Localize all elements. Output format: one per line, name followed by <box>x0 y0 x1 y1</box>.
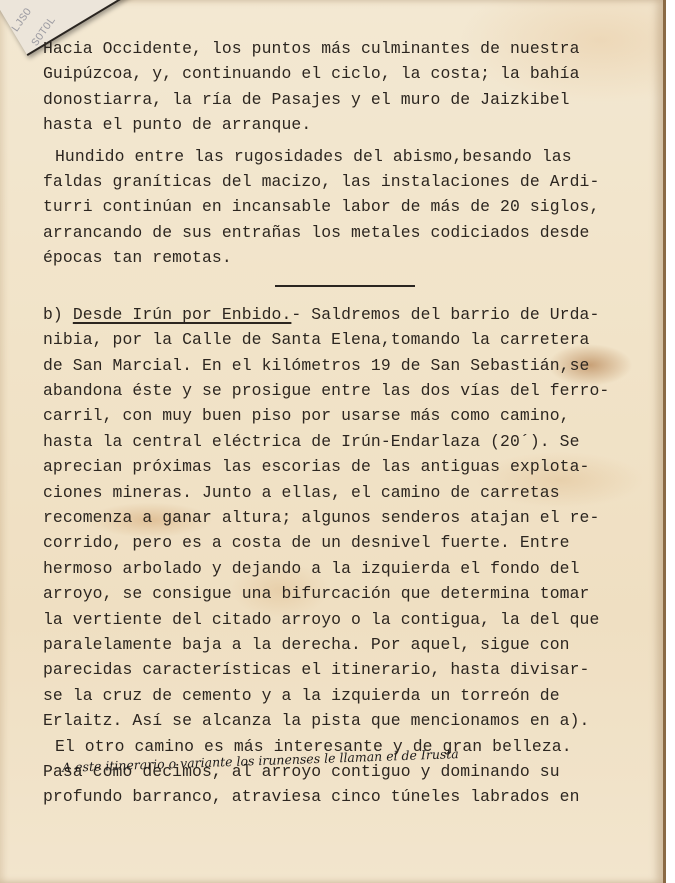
text-line: abandona éste y se prosigue entre las do… <box>43 378 653 403</box>
text-line: profundo barranco, atraviesa cinco túnel… <box>43 784 653 809</box>
text-line: Hundido entre las rugosidades del abismo… <box>43 144 653 169</box>
text-line: recomenza a ganar altura; algunos sender… <box>43 505 653 530</box>
section-heading: Desde Irún por Enbido. <box>73 305 292 324</box>
section-label: b) <box>43 305 73 324</box>
text-line: Guipúzcoa, y, continuando el ciclo, la c… <box>43 61 653 86</box>
text-line: hasta el punto de arranque. <box>43 112 653 137</box>
paragraph-2: Hundido entre las rugosidades del abismo… <box>43 144 653 271</box>
text-line: carril, con muy buen piso por usarse más… <box>43 403 653 428</box>
text-line: épocas tan remotas. <box>43 245 653 270</box>
section-divider <box>43 271 653 296</box>
text-line: donostiarra, la ría de Pasajes y el muro… <box>43 87 653 112</box>
typewritten-text: Hacia Occidente, los puntos más culminan… <box>43 36 653 810</box>
text-line: hasta la central eléctrica de Irún-Endar… <box>43 429 653 454</box>
text-line: ciones mineras. Junto a ellas, el camino… <box>43 480 653 505</box>
paragraph-1: Hacia Occidente, los puntos más culminan… <box>43 36 653 138</box>
text-line: hermoso arbolado y dejando a la izquierd… <box>43 556 653 581</box>
text-line: parecidas características el itinerario,… <box>43 657 653 682</box>
text-line: faldas graníticas del macizo, las instal… <box>43 169 653 194</box>
text-line: la vertiente del citado arroyo o la cont… <box>43 607 653 632</box>
scanned-page: LJSO SOTOL Hacia Occidente, los puntos m… <box>0 0 666 883</box>
text-line: paralelamente baja a la derecha. Por aqu… <box>43 632 653 657</box>
text-line: arroyo, se consigue una bifurcación que … <box>43 581 653 606</box>
text-line: nibia, por la Calle de Santa Elena,toman… <box>43 327 653 352</box>
text-line: de San Marcial. En el kilómetros 19 de S… <box>43 353 653 378</box>
text-line: arrancando de sus entrañas los metales c… <box>43 220 653 245</box>
text-line: se la cruz de cemento y a la izquierda u… <box>43 683 653 708</box>
text-line: turri continúan en incansable labor de m… <box>43 194 653 219</box>
section-b-first-line: b) Desde Irún por Enbido.- Saldremos del… <box>43 302 653 327</box>
text-line: Erlaitz. Así se alcanza la pista que men… <box>43 708 653 733</box>
text-line: corrido, pero es a costa de un desnivel … <box>43 530 653 555</box>
text-span: - Saldremos del barrio de Urda- <box>291 305 599 324</box>
section-b: b) Desde Irún por Enbido.- Saldremos del… <box>43 302 653 810</box>
text-line: Hacia Occidente, los puntos más culminan… <box>43 36 653 61</box>
text-line: aprecian próximas las escorias de las an… <box>43 454 653 479</box>
